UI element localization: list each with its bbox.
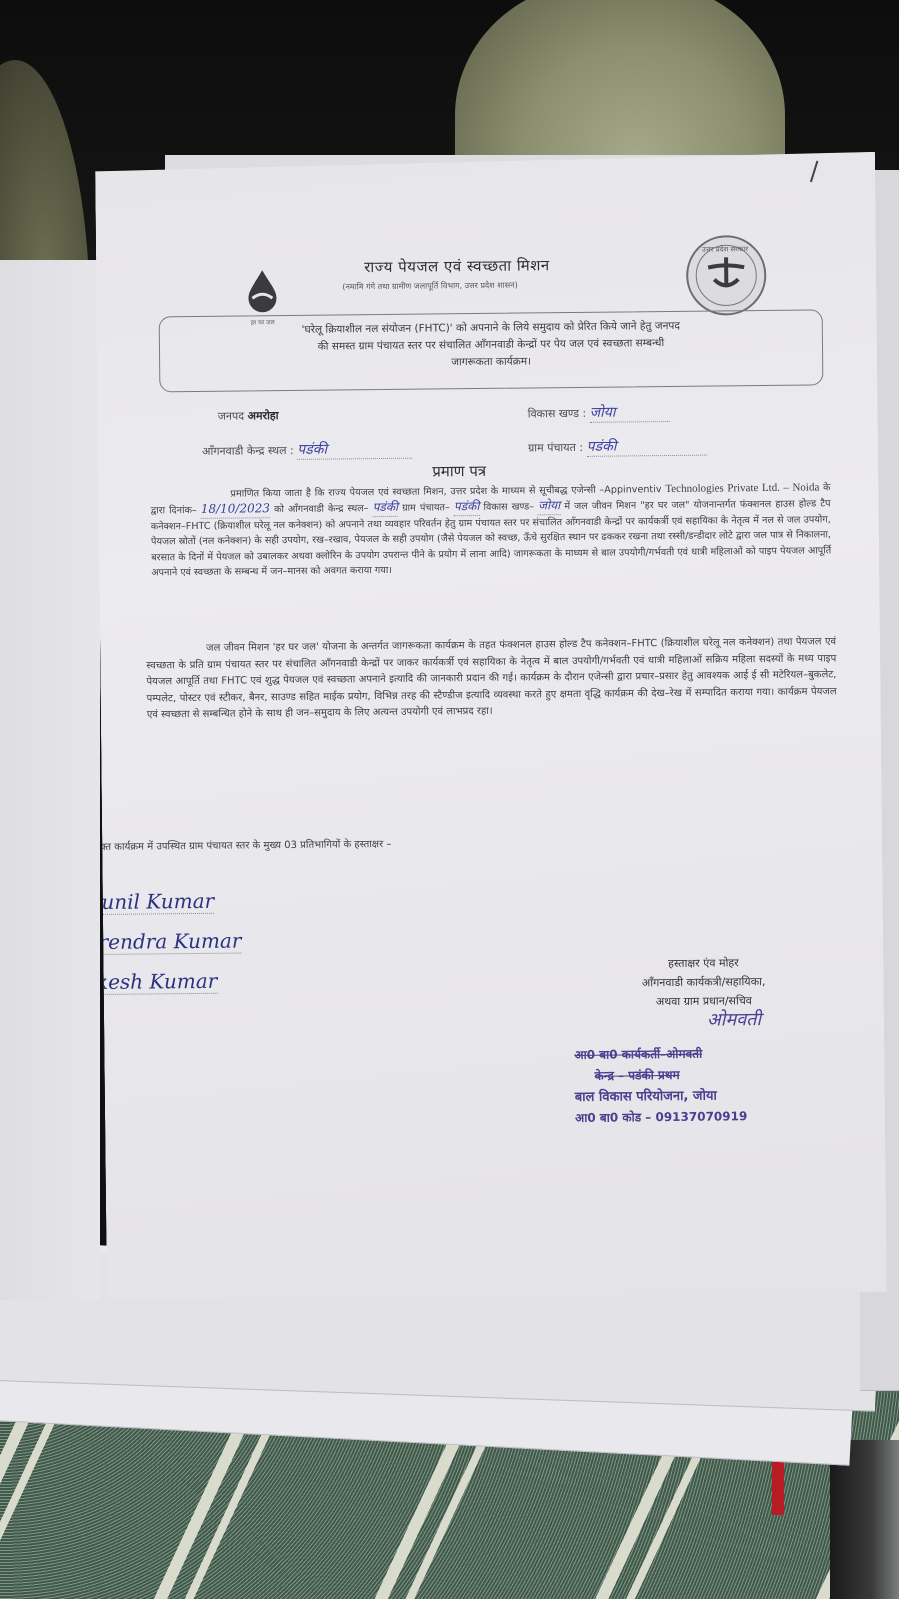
agency-name: Technologies Private Ltd. – Noida — [665, 481, 819, 495]
signature-name: Sunil Kumar — [88, 889, 215, 915]
certificate-title: प्रमाण पत्र — [432, 461, 486, 482]
red-object — [772, 1455, 784, 1515]
para1-intro: प्रमाणित किया जाता है कि राज्य पेयजल एवं… — [150, 484, 661, 500]
participants-intro: उपरोक्त कार्यक्रम में उपस्थित ग्राम पंचा… — [82, 836, 512, 856]
stamp-line: केन्द्र – पडंकी प्रथम — [575, 1063, 835, 1087]
up-govt-emblem: उत्तर प्रदेश सरकार — [686, 235, 767, 316]
certificate-paragraph-1: प्रमाणित किया जाता है कि राज्य पेयजल एवं… — [150, 480, 831, 581]
signature-block: हस्ताक्षर एंव मोहर आँगनवाडी कार्यकत्री/स… — [583, 952, 824, 1031]
block-field: विकास खण्ड : जोया — [528, 402, 670, 423]
certificate-page: हर घर जल राज्य पेयजल एवं स्वच्छता मिशन (… — [95, 152, 887, 1300]
anganwadi-value: पडंकी — [297, 442, 327, 458]
program-date: 18/10/2023 — [201, 502, 270, 519]
official-signature: ओमवती — [644, 1009, 824, 1030]
district-label: जनपद — [218, 409, 244, 422]
district-field: जनपद अमरोहा — [218, 408, 279, 424]
page-left-extension — [0, 260, 100, 1300]
block-value: जोया — [590, 405, 616, 421]
header-title: राज्य पेयजल एवं स्वच्छता मिशन — [364, 255, 550, 277]
gram-panchayat-label: ग्राम पंचायत : — [528, 441, 583, 455]
district-value: अमरोहा — [247, 409, 278, 422]
center-value: पडंकी — [372, 500, 398, 517]
para2-body: जल जीवन मिशन 'हर घर जल' योजना के अन्तर्ग… — [146, 636, 836, 720]
anganwadi-value-line: पडंकी — [297, 439, 412, 460]
block-label: विकास खण्ड : — [528, 407, 587, 421]
stamp-line: आ0 बा0 कोड – 09137070919 — [575, 1105, 835, 1129]
program-title-banner: 'घरेलू क्रियाशील नल संयोजन (FHTC)' को अप… — [159, 309, 824, 392]
gram-panchayat-value-line: पडंकी — [586, 436, 706, 457]
sign-block-line: हस्ताक्षर एंव मोहर — [583, 952, 823, 974]
block-label-inline: विकास खण्ड– — [483, 502, 534, 514]
block-value-line: जोया — [590, 402, 670, 423]
anganwadi-field: आँगनवाडी केन्द्र स्थल : पडंकी — [202, 439, 412, 461]
stamp-line: बाल विकास परियोजना, जोया — [575, 1084, 835, 1108]
sign-block-line: आँगनवाडी कार्यकत्री/सहायिका, — [584, 971, 824, 993]
block-value-inline: जोया — [538, 499, 560, 516]
gp-value: पडंकी — [454, 499, 480, 516]
header-subtitle: (नमामि गंगे तथा ग्रामीण जलापूर्ति विभाग,… — [342, 280, 517, 293]
stamp-line: आ0 बा0 कार्यकर्ती–ओमवती — [574, 1042, 834, 1066]
certificate-paragraph-2: जल जीवन मिशन 'हर घर जल' योजना के अन्तर्ग… — [146, 634, 837, 724]
signature-name: Virendra Kumar — [78, 929, 242, 956]
gram-panchayat-value: पडंकी — [587, 439, 617, 455]
anganwadi-label: आँगनवाडी केन्द्र स्थल : — [202, 444, 294, 458]
gp-label: ग्राम पंचायत– — [402, 503, 450, 514]
gram-panchayat-field: ग्राम पंचायत : पडंकी — [528, 436, 707, 458]
center-label: को आँगनवाडी केन्द्र स्थल– — [274, 504, 369, 516]
emblem-text: उत्तर प्रदेश सरकार — [702, 245, 748, 254]
official-stamp: आ0 बा0 कार्यकर्ती–ओमवती केन्द्र – पडंकी … — [574, 1042, 835, 1129]
pen-mark — [810, 161, 818, 183]
sign-block-line: अथवा ग्राम प्रधान/सचिव — [584, 990, 824, 1012]
jal-jeevan-logo: हर घर जल — [244, 268, 281, 318]
